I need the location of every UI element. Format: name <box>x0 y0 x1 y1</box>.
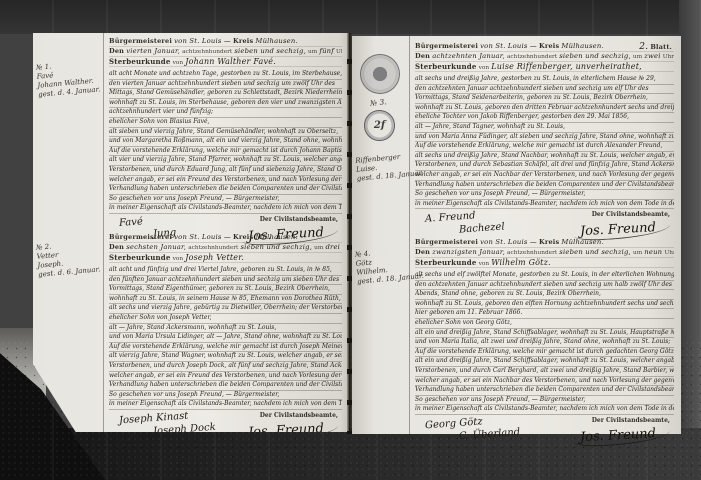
register-right-page: № 3. 2f Riffenberger Luise. gest. d. 18.… <box>352 36 681 434</box>
entry-office-line: Bürgermeisterei von St. Louis — Kreis Mü… <box>109 233 342 243</box>
scan-background-right-band <box>679 0 701 480</box>
margin-note-entry-3: Riffenberger Luise. gest. d. 18. Januar. <box>355 151 421 183</box>
entry-title-line: Sterbeurkunde von Johann Walther Favé. <box>109 57 342 67</box>
form-line: Auf die vorstehende Erklärung, welche mi… <box>415 142 674 152</box>
entry-office-line: Bürgermeisterei von St. Louis — Kreis Mü… <box>109 37 342 47</box>
entry-date-line: Den vierten Januar, achtzehnhundert sieb… <box>109 47 342 57</box>
form-line: So geschehen vor uns Joseph Freund, — Bü… <box>415 190 674 200</box>
registrar-title: Der Civilstandsbeamte, <box>574 417 670 424</box>
form-line: wohnhaft zu St. Louis, geboren den dritt… <box>415 104 674 114</box>
form-line: hier geboren am 11. Februar 1866. <box>415 309 674 319</box>
form-line: ehelicher Sohn von Georg Götz, <box>415 319 674 329</box>
death-record-entry-3: 2. Blatt. Bürgermeisterei von St. Louis … <box>415 42 674 239</box>
left-page-margin-column: № 1. Favé Johann Walther. gest. d. 4. Ja… <box>33 33 103 432</box>
form-line: Verstorbenen, und durch Eduard Jung, alt… <box>109 166 342 176</box>
form-line: in meiner Eigenschaft als Civilstands-Be… <box>415 200 674 210</box>
form-line: Vormittags, Stand Eigenthümer, geboren z… <box>109 285 342 295</box>
form-line: Abends, Stand ohne, geboren zu St. Louis… <box>415 290 674 300</box>
scan-background-top-band <box>0 0 701 34</box>
form-line: Verstorbenen, und durch Joseph Dock, alt… <box>109 362 342 372</box>
left-page-content: Bürgermeisterei von St. Louis — Kreis Mü… <box>109 33 342 432</box>
entry-office-line: Bürgermeisterei von St. Louis — Kreis Mü… <box>415 238 674 248</box>
form-line: welcher angab, er sei ein Freund des Ver… <box>109 176 342 186</box>
entry-office-line: 2. Blatt. Bürgermeisterei von St. Louis … <box>415 42 674 52</box>
entry-date-line: Den sechsten Januar, achtzehnhundert sie… <box>109 243 342 253</box>
right-page-margin-column: № 3. 2f Riffenberger Luise. gest. d. 18.… <box>352 36 409 434</box>
entry-title-line: Sterbeurkunde von Joseph Vetter. <box>109 253 342 263</box>
form-line: Verstorbenen, und durch Sebastian Schäfe… <box>415 161 674 171</box>
registrar-title: Der Civilstandsbeamte, <box>574 211 670 218</box>
form-line: eheliche Tochter von Jakob Riffenberger,… <box>415 113 674 123</box>
registrar-title: Der Civilstandsbeamte, <box>242 216 338 223</box>
form-line: und von Maria Italia, alt zwei und dreiß… <box>415 338 674 348</box>
form-line: Verhandlung haben unterschrieben die bei… <box>415 181 674 191</box>
entry-title-line: Sterbeurkunde von Wilhelm Götz. <box>415 258 674 268</box>
form-line: wohnhaft zu St. Louis, im Sterbehause, g… <box>109 99 342 109</box>
fee-stamp: 2f <box>364 110 395 141</box>
form-line: wohnhaft zu St. Louis, in seinem Hause №… <box>109 295 342 305</box>
form-line: alt — Jahre, Stand Tagner, wohnhaft zu S… <box>415 123 674 133</box>
margin-rule-line <box>409 36 410 434</box>
form-line: alt sechs und elf zwölftel Monate, gesto… <box>415 271 674 281</box>
margin-note-entry-4: № 4. Götz Wilhelm. gest. d. 18. Januar. <box>355 245 422 286</box>
deceased-name: Johann Walther Favé. <box>185 57 276 66</box>
form-line: welcher angab, er sei ein Freund des Ver… <box>109 372 342 382</box>
signature-row: A. Freund Bachezel Der Civilstandsbeamte… <box>415 209 674 239</box>
form-line: Auf die vorstehende Erklärung, welche mi… <box>109 147 342 157</box>
form-line: und von Margaretha Roßmann, alt ein und … <box>109 137 342 147</box>
form-line: Auf die vorstehende Erklärung, welche mi… <box>415 348 674 358</box>
registrar-signature: Jos. Freund <box>574 425 671 447</box>
witness-signature: Favé <box>119 214 177 229</box>
form-line: ehelicher Sohn von Joseph Vetter, <box>109 314 342 324</box>
form-line: Mittags, Stand Gemüsehändler, geboren zu… <box>109 89 342 99</box>
form-line: alt ein und dreißig Jahre, Stand Schiffs… <box>415 329 674 339</box>
form-line: und von Maria Anna Füdinger, alt sieben … <box>415 133 674 143</box>
margin-note-entry-1: № 1. Favé Johann Walther. gest. d. 4. Ja… <box>36 58 103 99</box>
form-line: alt acht Monate und achtzehn Tage, gesto… <box>109 70 342 80</box>
form-line: achtzehnhundert vier und fünfzig; <box>109 108 342 118</box>
form-line: So geschehen vor uns Joseph Freund, — Bü… <box>109 391 342 401</box>
deceased-name: Joseph Vetter. <box>185 253 244 262</box>
witness-signature: C. Überland <box>459 427 521 442</box>
form-line: alt vier und vierzig Jahre, Stand Pfarre… <box>109 156 342 166</box>
scanned-death-register-spread: № 1. Favé Johann Walther. gest. d. 4. Ja… <box>0 0 701 480</box>
form-line: alt vierzig Jahre, Stand Wagner, wohnhaf… <box>109 352 342 362</box>
form-line: Verhandlung haben unterschrieben die bei… <box>415 386 674 396</box>
form-line: welcher angab, er sei ein Nachbar des Ve… <box>415 377 674 387</box>
form-line: alt sechs und vierzig Jahre, gebürtig zu… <box>109 304 342 314</box>
form-line: welcher angab, er sei ein Nachbar der Ve… <box>415 171 674 181</box>
entry-date-line: Den zwanzigsten Januar, achtzehnhundert … <box>415 248 674 258</box>
witness-signature: Bachezel <box>459 222 505 236</box>
registrar-title: Der Civilstandsbeamte, <box>242 412 338 419</box>
margin-rule-line <box>103 33 104 432</box>
form-line: alt sechs und dreißig Jahre, gestorben z… <box>415 75 674 85</box>
form-line: Verhandlung haben unterschrieben die bei… <box>109 185 342 195</box>
margin-note-entry-2: № 2. Vetter Joseph. gest. d. 6. Januar. <box>36 238 103 279</box>
form-line: in meiner Eigenschaft als Civilstands-Be… <box>109 204 342 214</box>
register-left-page: № 1. Favé Johann Walther. gest. d. 4. Ja… <box>33 33 349 432</box>
death-record-entry-1: Bürgermeisterei von St. Louis — Kreis Mü… <box>109 37 342 244</box>
death-record-entry-4: Bürgermeisterei von St. Louis — Kreis Mü… <box>415 238 674 445</box>
form-line: alt — Jahre, Stand Ackersmann, wohnhaft … <box>109 324 342 334</box>
form-line: und von Maria Ursula Lidinger, alt — Jah… <box>109 333 342 343</box>
sheet-number: 2. Blatt. <box>639 42 672 52</box>
form-line: den achtzehnten Januar achtzehnhundert s… <box>415 85 674 95</box>
form-line: So geschehen vor uns Joseph Freund, — Bü… <box>109 195 342 205</box>
form-line: Vormittags, Stand Seidenarbeiterin, gebo… <box>415 94 674 104</box>
entry-title-line: Sterbeurkunde von Luise Riffenberger, un… <box>415 62 674 72</box>
form-line: Auf die vorstehende Erklärung, welche mi… <box>109 343 342 353</box>
deceased-name: Luise Riffenberger, unverheirathet, <box>491 62 642 71</box>
form-line: Verhandlung haben unterschrieben die bei… <box>109 381 342 391</box>
form-line: ehelicher Sohn von Blasius Favé, <box>109 118 342 128</box>
form-line: in meiner Eigenschaft als Civilstands-Be… <box>109 400 342 410</box>
form-line: alt acht und fünfzig und drei Viertel Ja… <box>109 266 342 276</box>
imperial-eagle-seal-stamp <box>360 54 400 94</box>
form-line: Verstorbenen, und durch Carl Berghard, a… <box>415 367 674 377</box>
form-line: den fünften Januar achtzehnhundert siebe… <box>109 276 342 286</box>
form-line: in meiner Eigenschaft als Civilstands-Be… <box>415 405 674 415</box>
signature-row: Georg Götz C. Überland Der Civilstandsbe… <box>415 415 674 445</box>
form-line: wohnhaft zu St. Louis, geboren den elfte… <box>415 300 674 310</box>
form-line: den vierten Januar achtzehnhundert siebe… <box>109 80 342 90</box>
right-page-content: 2. Blatt. Bürgermeisterei von St. Louis … <box>415 36 674 434</box>
form-line: alt sieben und vierzig Jahre, Stand Gemü… <box>109 128 342 138</box>
form-line: den achtzehnten Januar achtzehnhundert s… <box>415 281 674 291</box>
fee-stamp-value: 2f <box>374 120 385 131</box>
entry-date-line: Den achtzehnten Januar, achtzehnhundert … <box>415 52 674 62</box>
entry-number-note: № 3. <box>370 97 387 108</box>
form-line: alt sechs und dreißig Jahre, Stand Nachb… <box>415 152 674 162</box>
form-line: alt ein und dreißig Jahre, Stand Schiffs… <box>415 357 674 367</box>
death-record-entry-2: Bürgermeisterei von St. Louis — Kreis Mü… <box>109 233 342 440</box>
deceased-name: Wilhelm Götz. <box>491 258 551 267</box>
form-line: So geschehen vor uns Joseph Freund, — Bü… <box>415 396 674 406</box>
